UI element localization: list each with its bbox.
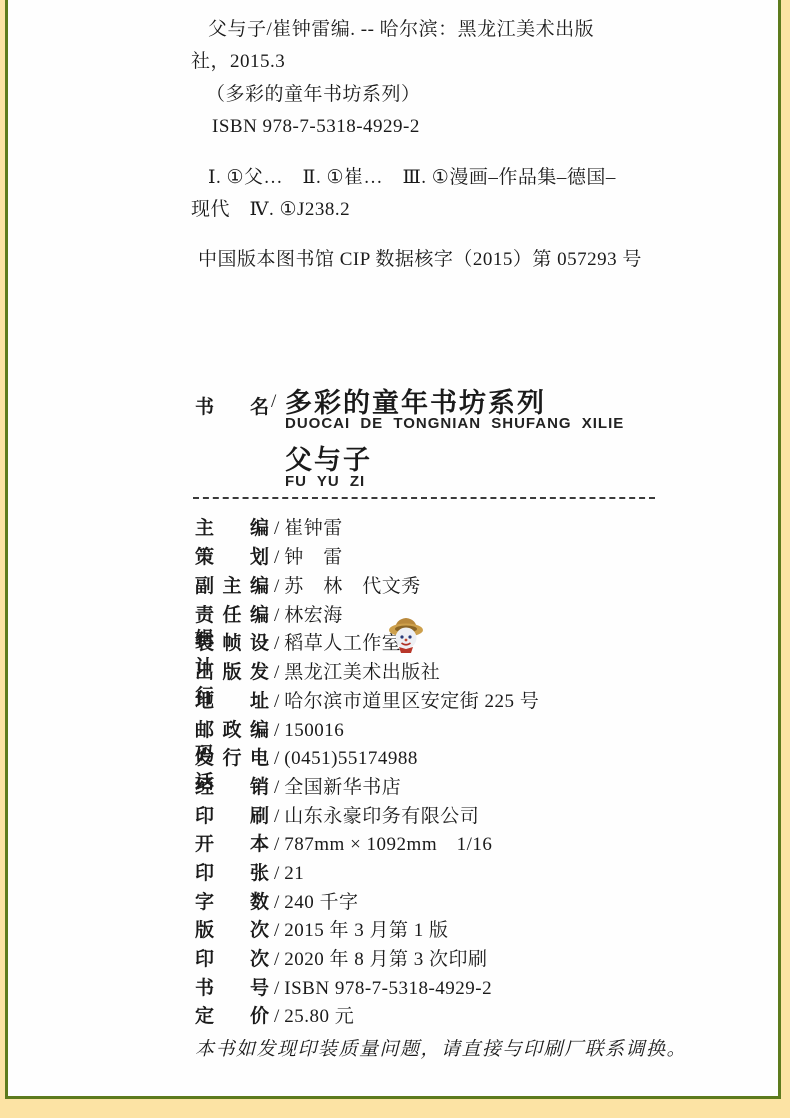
detail-row-deputy-editors: 副主编/苏 林 代文秀 [195, 575, 421, 599]
detail-label: 印张 [195, 862, 269, 886]
detail-label: 经销 [195, 776, 269, 800]
detail-value: 崔钟雷 [284, 517, 343, 541]
book-title-label: 书名 [195, 392, 269, 419]
detail-label: 策划 [195, 546, 269, 570]
slash: / [274, 919, 279, 943]
detail-row-printing: 印次/2020 年 8 月第 3 次印刷 [195, 948, 488, 972]
detail-value: 787mm × 1092mm 1/16 [284, 833, 492, 857]
detail-row-format: 开本/787mm × 1092mm 1/16 [195, 833, 492, 857]
slash: / [274, 604, 279, 628]
slash: / [274, 862, 279, 886]
detail-value: 2015 年 3 月第 1 版 [284, 919, 448, 943]
slash: / [274, 546, 279, 570]
slash: / [274, 1005, 279, 1029]
slash: / [274, 891, 279, 915]
slash: / [274, 948, 279, 972]
slash: / [274, 747, 279, 771]
slash: / [274, 805, 279, 829]
detail-label: 副主编 [195, 575, 269, 599]
detail-value: 钟 雷 [284, 546, 343, 570]
product-image-frame: 父与子/崔钟雷编. -- 哈尔滨：黑龙江美术出版 社，2015.3 （多彩的童年… [0, 0, 790, 1118]
detail-value: 21 [284, 862, 304, 886]
detail-row-address: 地址/哈尔滨市道里区安定街 225 号 [195, 690, 539, 714]
detail-value: 黑龙江美术出版社 [284, 661, 440, 685]
detail-label: 地址 [195, 690, 269, 714]
detail-label: 主编 [195, 517, 269, 541]
series-title-pinyin: DUOCAI DE TONGNIAN SHUFANG XILIE [285, 415, 624, 432]
detail-value: (0451)55174988 [284, 747, 418, 771]
detail-value: 25.80 元 [284, 1005, 354, 1029]
slash: / [274, 517, 279, 541]
scarecrow-studio-logo-icon [388, 616, 424, 659]
detail-row-word-count: 字数/240 千字 [195, 891, 359, 915]
slash: / [274, 776, 279, 800]
slash: / [274, 833, 279, 857]
detail-value: ISBN 978-7-5318-4929-2 [284, 977, 492, 1001]
dashed-divider [193, 497, 655, 499]
detail-value: 240 千字 [284, 891, 358, 915]
cip-line-2: 社，2015.3 [191, 50, 285, 74]
detail-row-price: 定价/25.80 元 [195, 1005, 354, 1029]
detail-value: 山东永豪印务有限公司 [284, 805, 479, 829]
book-title-pinyin: FU YU ZI [285, 473, 365, 490]
detail-label: 印刷 [195, 805, 269, 829]
detail-value: 150016 [284, 719, 344, 743]
detail-value: 全国新华书店 [284, 776, 401, 800]
detail-label: 印次 [195, 948, 269, 972]
detail-label: 版次 [195, 919, 269, 943]
cip-line-1: 父与子/崔钟雷编. -- 哈尔滨：黑龙江美术出版 [208, 18, 594, 42]
slash: / [274, 632, 279, 656]
detail-row-printer: 印刷/山东永豪印务有限公司 [195, 805, 479, 829]
quality-notice: 本书如发现印装质量问题，请直接与印刷厂联系调换。 [195, 1034, 687, 1061]
slash: / [274, 977, 279, 1001]
detail-value: 苏 林 代文秀 [284, 575, 421, 599]
cip-classification-line-2: 现代 Ⅳ. ①J238.2 [191, 198, 350, 222]
detail-value: 稻草人工作室 [284, 632, 401, 656]
title-separator: / [271, 391, 276, 413]
cip-classification-line-1: Ⅰ. ①父… Ⅱ. ①崔… Ⅲ. ①漫画–作品集–德国– [208, 166, 616, 190]
slash: / [274, 719, 279, 743]
detail-row-isbn: 书号/ISBN 978-7-5318-4929-2 [195, 977, 492, 1001]
detail-value: 林宏海 [284, 604, 343, 628]
detail-label: 开本 [195, 833, 269, 857]
slash: / [274, 661, 279, 685]
detail-row-planner: 策划/钟 雷 [195, 546, 343, 570]
detail-value: 2020 年 8 月第 3 次印刷 [284, 948, 487, 972]
cip-isbn-line: ISBN 978-7-5318-4929-2 [212, 115, 420, 139]
detail-label: 书号 [195, 977, 269, 1001]
detail-value: 哈尔滨市道里区安定街 225 号 [284, 690, 539, 714]
slash: / [274, 690, 279, 714]
detail-row-edition: 版次/2015 年 3 月第 1 版 [195, 919, 449, 943]
detail-row-chief-editor: 主编/崔钟雷 [195, 517, 343, 541]
cip-series-line: （多彩的童年书坊系列） [206, 83, 421, 107]
book-title: 父与子 [285, 438, 372, 477]
slash: / [274, 575, 279, 599]
detail-row-distributor: 经销/全国新华书店 [195, 776, 401, 800]
detail-label: 字数 [195, 891, 269, 915]
detail-label: 定价 [195, 1005, 269, 1029]
detail-row-sheets: 印张/21 [195, 862, 304, 886]
cip-record-number-line: 中国版本图书馆 CIP 数据核字（2015）第 057293 号 [198, 248, 642, 272]
